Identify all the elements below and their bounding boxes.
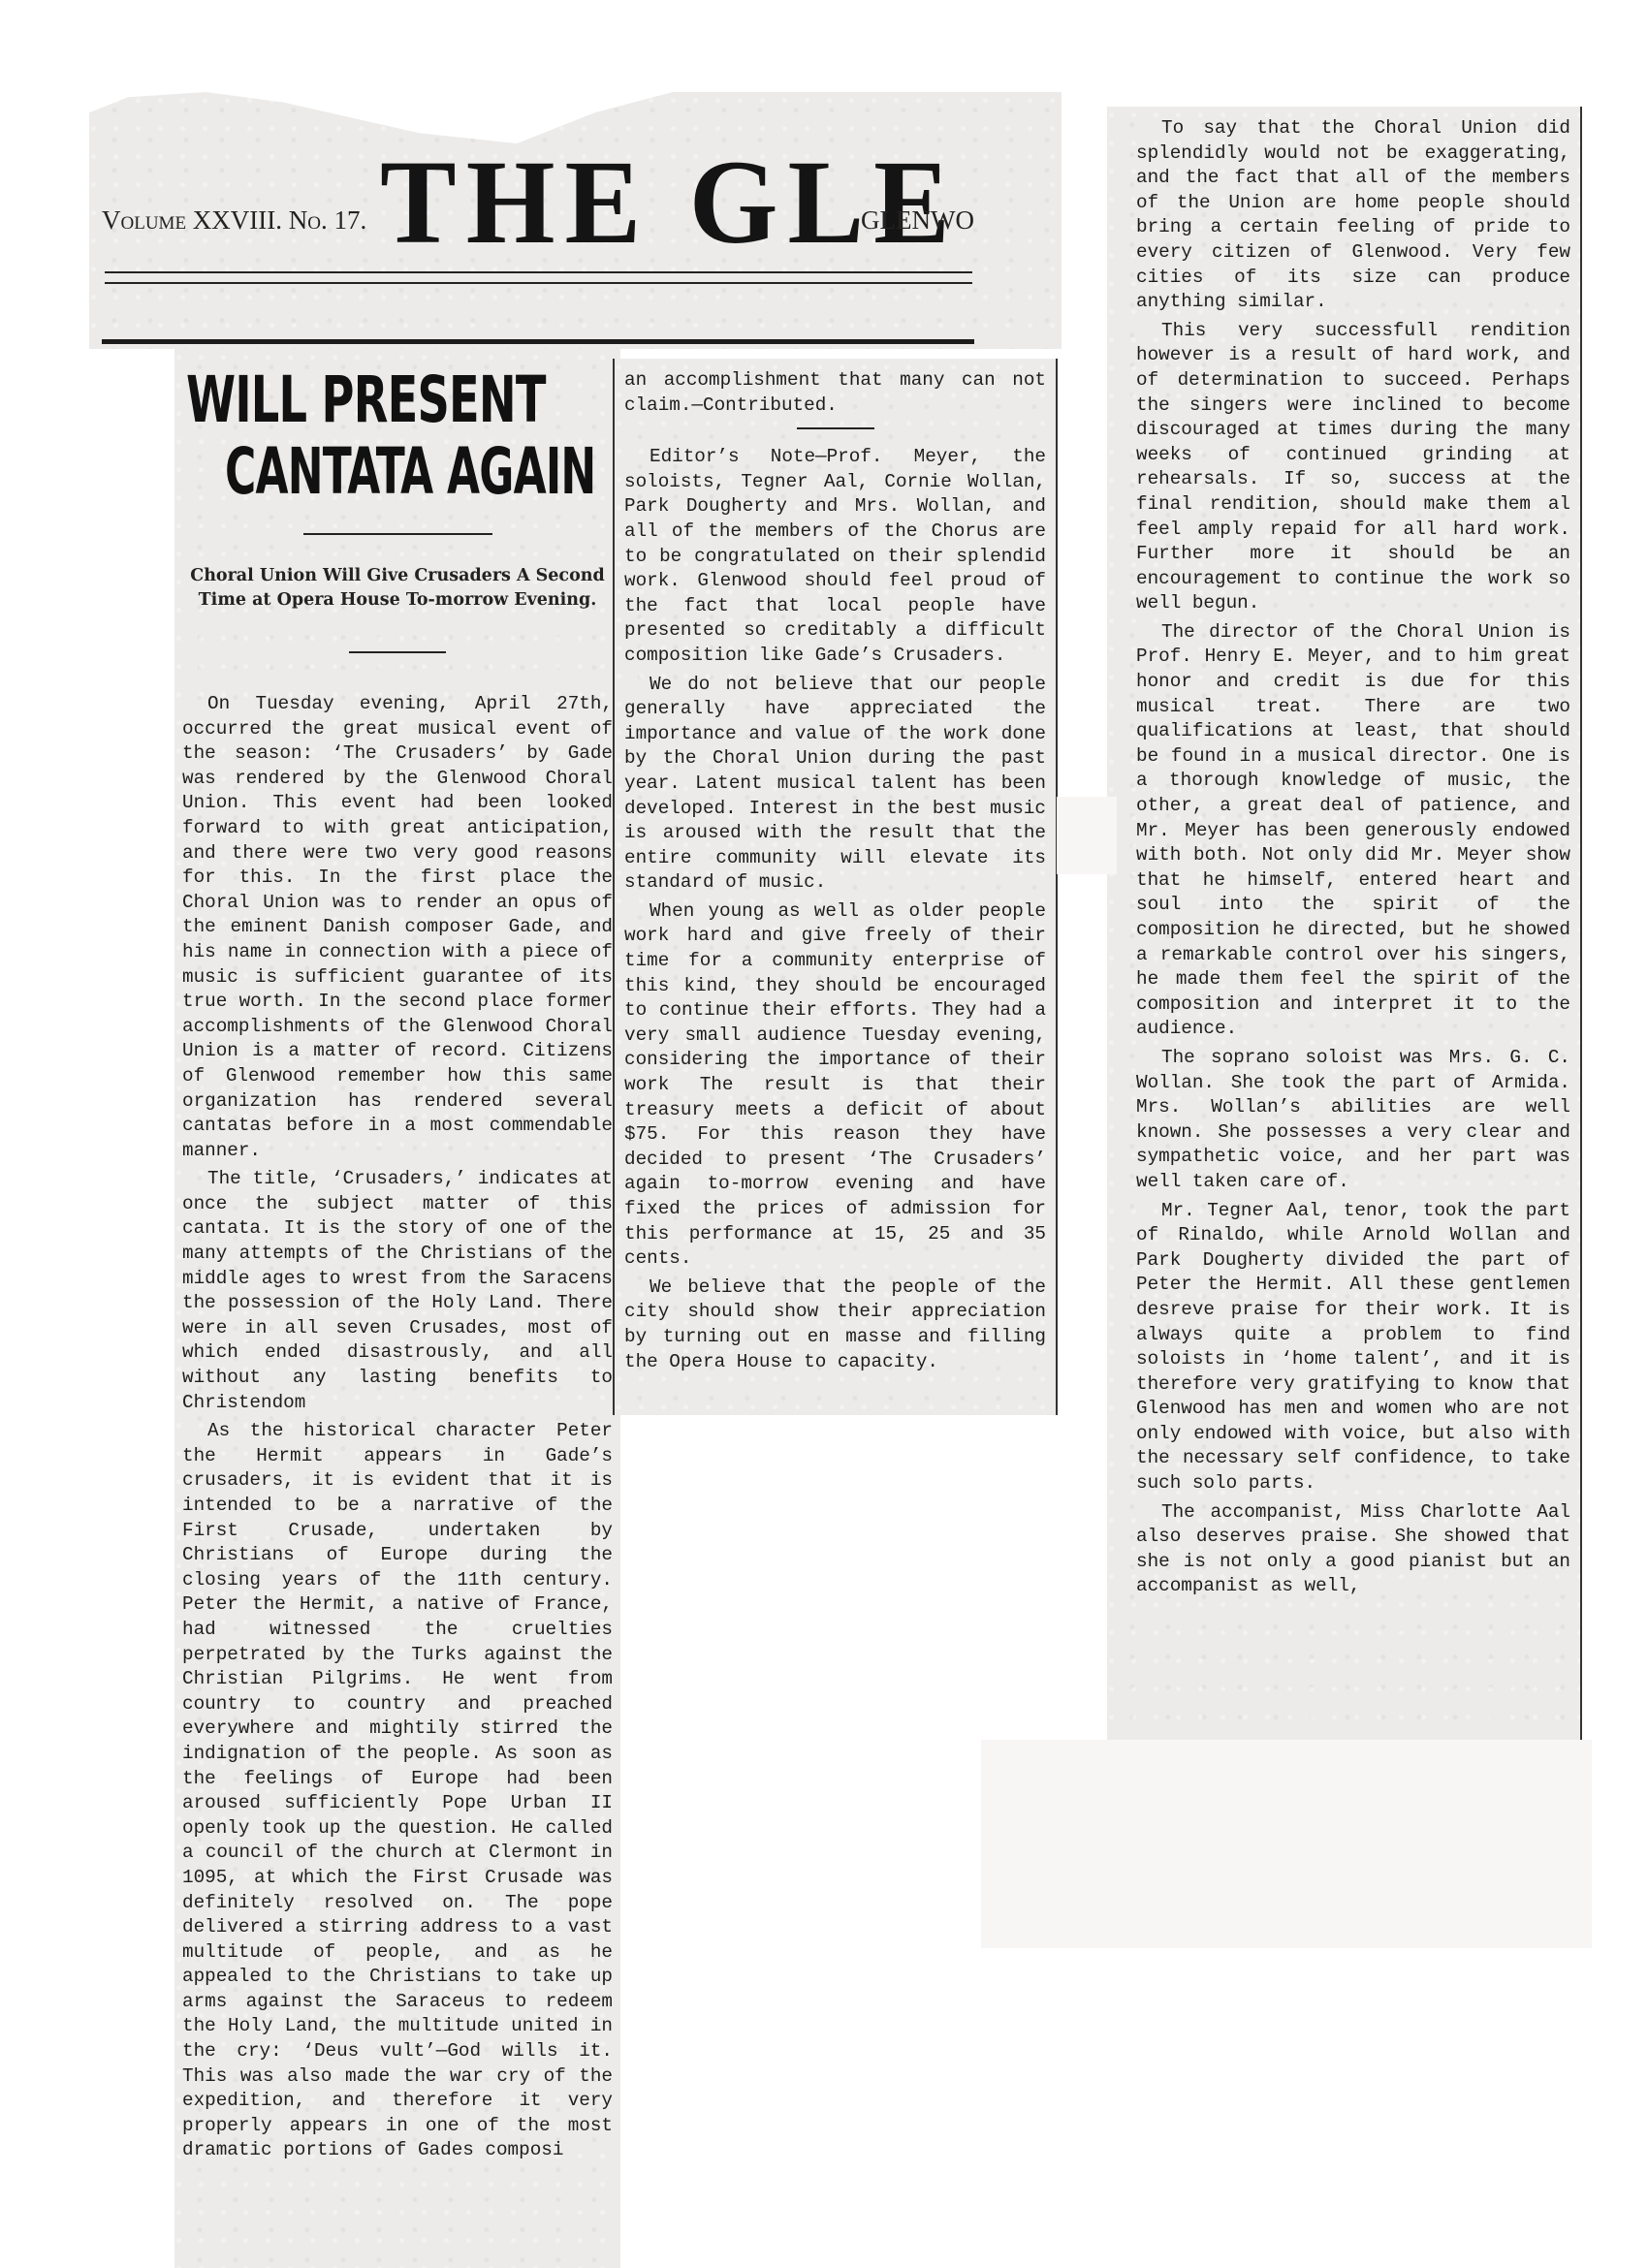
paragraph: The soprano soloist was Mrs. G. C. Wolla… (1136, 1046, 1570, 1195)
masthead-double-rule (105, 271, 972, 284)
paragraph: The director of the Choral Union is Prof… (1136, 620, 1570, 1042)
paragraph: On Tuesday evening, April 27th, occurred… (182, 692, 613, 1163)
right-column-body: To say that the Choral Union did splendi… (1107, 107, 1580, 1599)
paragraph: We do not believe that our people genera… (624, 673, 1046, 896)
continuation-text: an accomplishment that many can not clai… (624, 368, 1046, 418)
paragraph: We believe that the people of the city s… (624, 1276, 1046, 1374)
volume-number: Volume XXVIII. No. 17. (102, 205, 366, 235)
article-right-column: To say that the Choral Union did splendi… (1107, 107, 1582, 1740)
blank-scan-patch (981, 1740, 1592, 1948)
paragraph: The accompanist, Miss Charlotte Aal also… (1136, 1500, 1570, 1599)
subhead-divider (349, 651, 446, 653)
paragraph: When young as well as older people work … (624, 899, 1046, 1272)
article-left-column: WILL PRESENT CANTATA AGAIN Choral Union … (174, 349, 620, 2268)
paragraph: This very successfull rendition however … (1136, 319, 1570, 616)
headline-line-1: WILL PRESENT (186, 368, 524, 432)
article-middle-column: an accomplishment that many can not clai… (613, 359, 1058, 1415)
paragraph: As the historical character Peter the He… (182, 1419, 613, 2163)
paragraph: The title, ‘Crusaders,’ indicates at onc… (182, 1167, 613, 1415)
dateline: GLENWO (861, 205, 974, 236)
headline: WILL PRESENT CANTATA AGAIN (174, 368, 620, 504)
subheadline: Choral Union Will Give Crusaders A Secon… (174, 564, 620, 613)
volume-line: Volume XXVIII. No. 17. GLENWO (102, 205, 974, 236)
editors-note: Editor’s Note—Prof. Meyer, the soloists,… (624, 445, 1046, 668)
paragraph: To say that the Choral Union did splendi… (1136, 116, 1570, 315)
left-column-body: On Tuesday evening, April 27th, occurred… (174, 692, 620, 2163)
paragraph: Mr. Tegner Aal, tenor, took the part of … (1136, 1199, 1570, 1496)
masthead-heavy-rule (102, 339, 974, 344)
headline-divider (303, 533, 492, 535)
contributed-divider (797, 427, 874, 429)
headline-line-2: CANTATA AGAIN (225, 440, 518, 504)
blank-scan-patch (1057, 797, 1117, 874)
newspaper-title: THE GLE (380, 142, 960, 263)
middle-column-body: an accomplishment that many can not clai… (615, 359, 1056, 1374)
